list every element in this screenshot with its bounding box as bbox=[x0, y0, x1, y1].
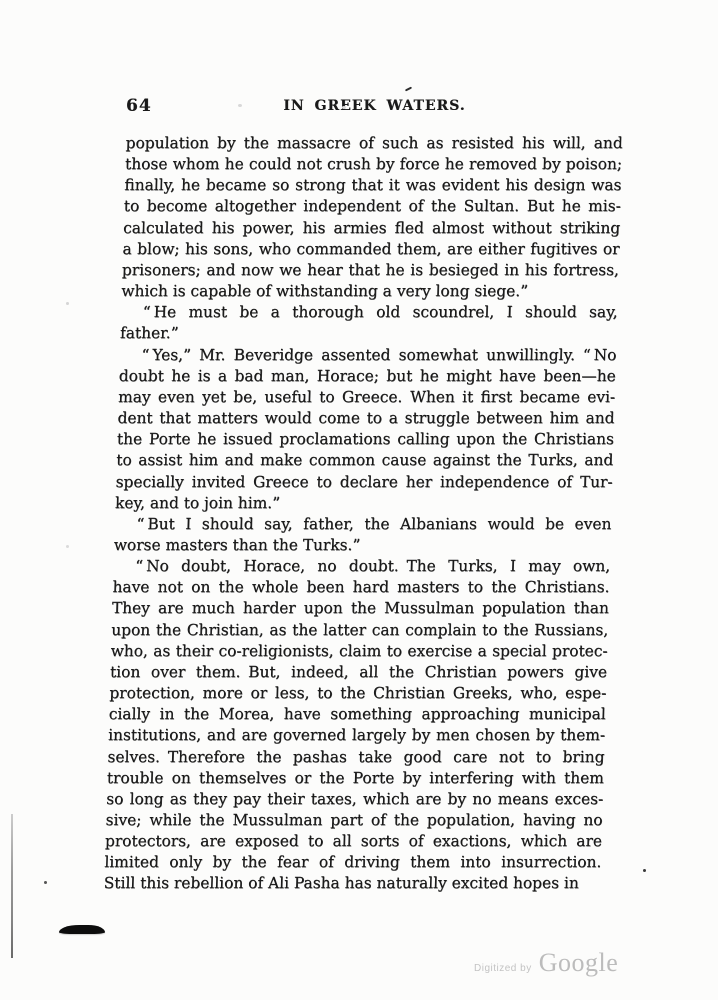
text-line: to assist him and make common cause agai… bbox=[116, 450, 614, 471]
text-line: may even yet be, useful to Greece. When … bbox=[118, 387, 616, 408]
scan-speck bbox=[643, 869, 646, 872]
text-line: a blow; his sons, who commanded them, ar… bbox=[122, 239, 620, 260]
text-line: who, as their co-religionists, claim to … bbox=[110, 641, 608, 662]
text-line: trouble on themselves or the Porte by in… bbox=[107, 768, 605, 789]
text-line: They are much harder upon the Mussulman … bbox=[112, 598, 610, 619]
paragraph: “ But I should say, father, the Albanian… bbox=[113, 514, 611, 556]
text-line: which is capable of withstanding a very … bbox=[121, 281, 619, 302]
paragraph: “ He must be a thorough old scoundrel, I… bbox=[120, 302, 618, 344]
text-line: dent that matters would come to a strugg… bbox=[117, 408, 615, 429]
paragraph: “ No doubt, Horace, no doubt. The Turks,… bbox=[103, 556, 610, 895]
text-line: tion over them. But, indeed, all the Chr… bbox=[110, 662, 608, 683]
text-line: finally, he became so strong that it was… bbox=[124, 175, 622, 196]
text-line: “ Yes,” Mr. Beveridge assented somewhat … bbox=[119, 345, 617, 366]
text-line: institutions, and are governed largely b… bbox=[108, 725, 606, 746]
text-line: “ But I should say, father, the Albanian… bbox=[114, 514, 612, 535]
text-line: “ He must be a thorough old scoundrel, I… bbox=[120, 302, 618, 323]
text-line: prisoners; and now we hear that he is be… bbox=[122, 260, 620, 281]
text-line: those whom he could not crush by force h… bbox=[125, 154, 623, 175]
text-line: the Porte he issued proclamations callin… bbox=[117, 429, 615, 450]
paragraph: population by the massacre of such as re… bbox=[121, 133, 623, 302]
scan-speck bbox=[44, 881, 47, 884]
text-line: father.” bbox=[120, 323, 618, 344]
scan-speck bbox=[342, 106, 346, 109]
scanned-book-page: 64 IN GREEK WATERS. population by the ma… bbox=[0, 0, 718, 1000]
text-line: population by the massacre of such as re… bbox=[125, 133, 623, 154]
scan-speck bbox=[66, 545, 69, 548]
text-line: cially in the Morea, have something appr… bbox=[108, 704, 606, 725]
text-line: Still this rebellion of Ali Pasha has na… bbox=[103, 873, 601, 894]
paragraph: “ Yes,” Mr. Beveridge assented somewhat … bbox=[115, 345, 617, 514]
text-line: so long as they pay their taxes, which a… bbox=[106, 789, 604, 810]
scan-artifact-ink-blob bbox=[59, 925, 105, 934]
scan-speck bbox=[66, 302, 69, 305]
google-logo-text: Google bbox=[539, 948, 619, 978]
text-line: “ No doubt, Horace, no doubt. The Turks,… bbox=[113, 556, 611, 577]
text-line: worse masters than the Turks.” bbox=[113, 535, 611, 556]
scan-artifact-gutter-line bbox=[11, 814, 13, 958]
digitization-watermark: Digitized by Google bbox=[474, 948, 618, 978]
text-line: protection, more or less, to the Christi… bbox=[109, 683, 607, 704]
text-line: protectors, are exposed to all sorts of … bbox=[105, 831, 603, 852]
text-line: calculated his power, his armies fled al… bbox=[123, 218, 621, 239]
text-line: limited only by the fear of driving them… bbox=[104, 852, 602, 873]
page-header: 64 IN GREEK WATERS. bbox=[126, 96, 623, 118]
text-line: selves. Therefore the pashas take good c… bbox=[107, 747, 605, 768]
text-line: to become altogether independent of the … bbox=[123, 196, 621, 217]
text-line: doubt he is a bad man, Horace; but he mi… bbox=[118, 366, 616, 387]
body-text: population by the massacre of such as re… bbox=[103, 133, 623, 895]
text-line: have not on the whole been hard masters … bbox=[112, 577, 610, 598]
text-line: key, and to join him.” bbox=[115, 493, 613, 514]
scan-artifact-accent bbox=[405, 87, 412, 92]
watermark-prefix-label: Digitized by bbox=[474, 963, 532, 974]
text-line: specially invited Greece to declare her … bbox=[115, 472, 613, 493]
text-line: sive; while the Mussulman part of the po… bbox=[105, 810, 603, 831]
text-line: upon the Christian, as the latter can co… bbox=[111, 620, 609, 641]
scan-speck bbox=[238, 104, 242, 107]
running-title: IN GREEK WATERS. bbox=[126, 98, 623, 114]
